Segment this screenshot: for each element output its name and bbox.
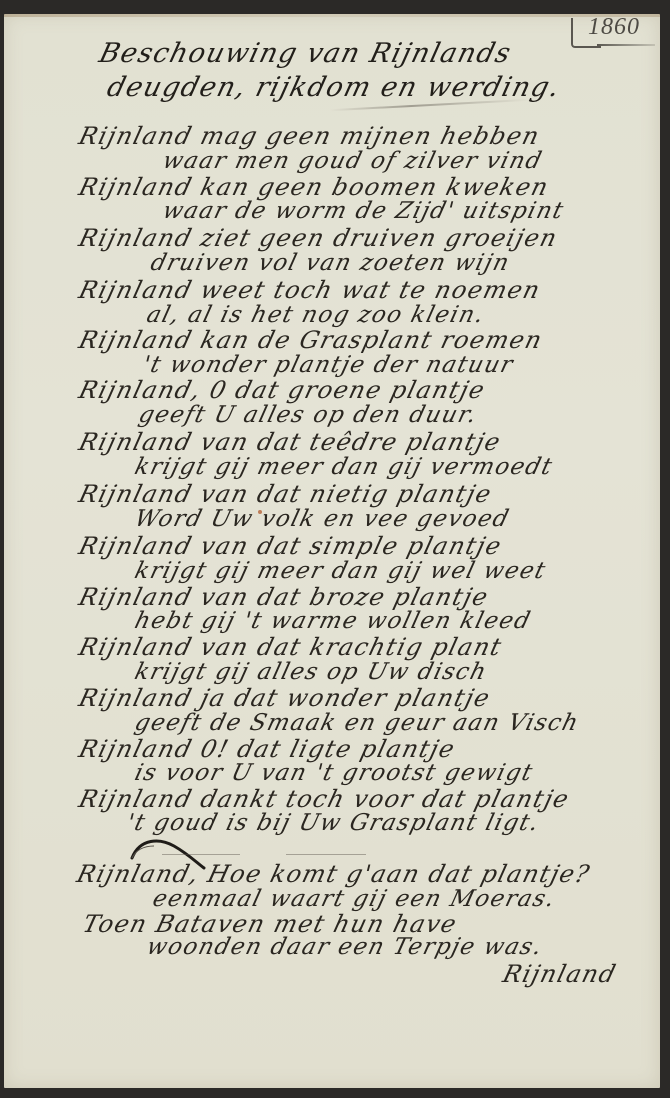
- poem-line: 't wonder plantje der natuur: [140, 352, 516, 378]
- poem-line: krijgt gij meer dan gij vermoedt: [132, 454, 556, 480]
- poem-line: geeft U alles op den duur.: [136, 402, 480, 428]
- poem-line: Word Uw volk en vee gevoed: [132, 506, 512, 532]
- poem-line: Rijnland van dat simple plantje: [76, 532, 505, 560]
- poem-line: druiven vol van zoeten wijn: [148, 250, 513, 276]
- separator-rule-right: [286, 854, 366, 855]
- poem-line: hebt gij 't warme wollen kleed: [132, 608, 534, 634]
- poem-line: Rijnland van dat teêdre plantje: [76, 428, 504, 456]
- signature: Rijnland: [500, 960, 620, 988]
- title-line-1: Beschouwing van Rijnlands: [96, 38, 515, 69]
- poem-line: Rijnland, Hoe komt g'aan dat plantje?: [74, 860, 593, 888]
- poem-line: Rijnland dankt toch voor dat plantje: [76, 785, 573, 813]
- poem-line: Rijnland mag geen mijnen hebben: [76, 122, 543, 150]
- ink-stain: [258, 510, 262, 514]
- poem-line: Rijnland ja dat wonder plantje: [76, 684, 494, 712]
- poem-line: Rijnland, 0 dat groene plantje: [76, 376, 488, 404]
- poem-line: Rijnland kan geen boomen kweken: [76, 173, 552, 201]
- poem-line: Rijnland van dat nietig plantje: [76, 480, 495, 508]
- poem-line: eenmaal waart gij een Moeras.: [150, 886, 558, 912]
- poem-line: Rijnland weet toch wat te noemen: [76, 276, 544, 304]
- poem-line: Rijnland 0! dat ligte plantje: [76, 735, 458, 763]
- poem-line: krijgt gij alles op Uw disch: [132, 659, 490, 685]
- date-annotation: 1860: [588, 14, 640, 41]
- poem-line: waar men goud of zilver vind: [160, 148, 545, 174]
- poem-line: Rijnland van dat broze plantje: [76, 583, 492, 611]
- poem-line: krijgt gij meer dan gij wel weet: [132, 558, 549, 584]
- poem-line: Rijnland ziet geen druiven groeijen: [76, 224, 561, 252]
- poem-line: waar de worm de Zijd' uitspint: [160, 198, 567, 224]
- poem-line: Rijnland kan de Grasplant roemen: [76, 326, 546, 354]
- archive-bracket-underline: [597, 44, 655, 46]
- poem-line: Rijnland van dat krachtig plant: [76, 633, 505, 661]
- separator-rule-left: [162, 854, 240, 855]
- poem-line: woonden daar een Terpje was.: [144, 934, 546, 960]
- poem-line: al, al is het nog zoo klein.: [144, 302, 487, 328]
- title-line-2: deugden, rijkdom en werding.: [104, 72, 564, 103]
- poem-line: is voor U van 't grootst gewigt: [132, 760, 536, 786]
- poem-line: geeft de Smaak en geur aan Visch: [132, 710, 582, 736]
